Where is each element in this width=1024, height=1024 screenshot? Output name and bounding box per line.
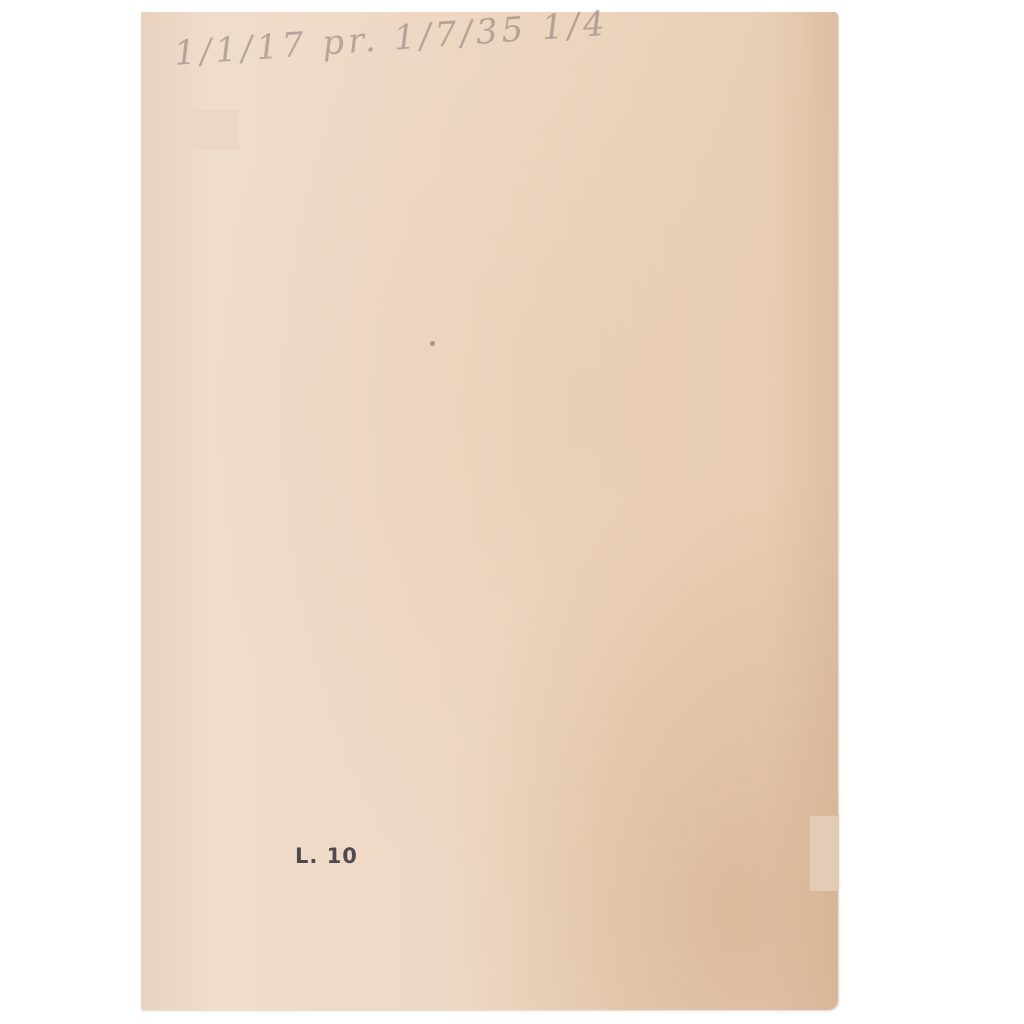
repair-tape — [809, 815, 839, 891]
booklet-back-cover: 1/1/17 pr. 1/7/35 1/4 L. 10 — [141, 12, 838, 1010]
handwritten-note: 1/1/17 pr. 1/7/35 1/4 — [173, 4, 610, 74]
price-label: L. 10 — [295, 844, 358, 868]
erased-label-patch — [174, 110, 239, 150]
paper-stain — [430, 341, 435, 346]
